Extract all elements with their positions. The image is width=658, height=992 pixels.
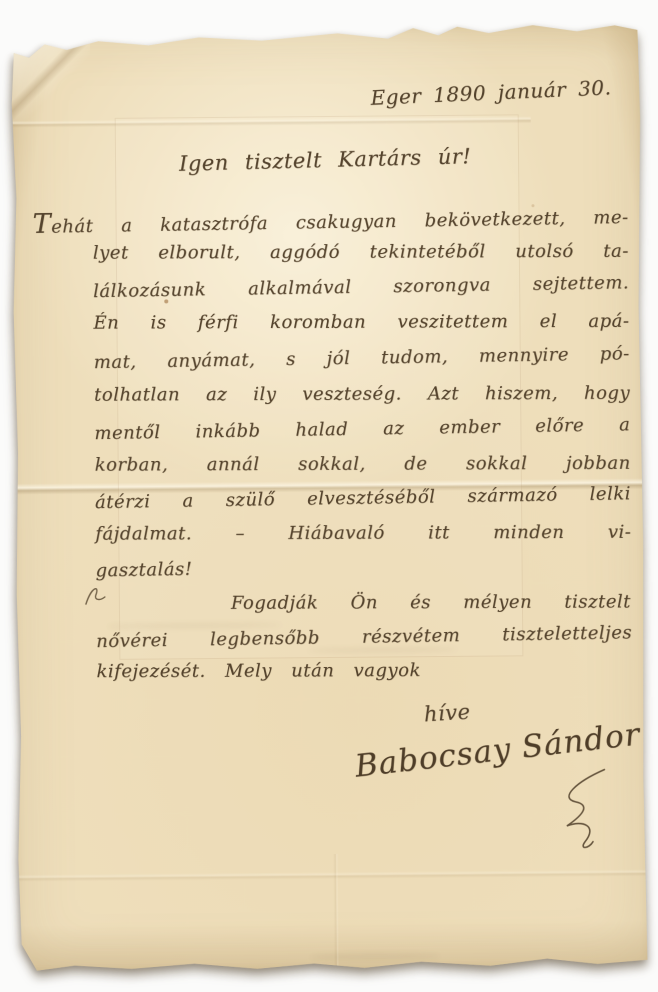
letter-line: korban, annál sokkal, de sokkal jobban — [95, 453, 631, 485]
letter-paper-shadow: Eger 1890 január 30. Igen tisztelt Kartá… — [10, 23, 648, 972]
letter-line: Fogadják Ön és mélyen tisztelt — [231, 591, 631, 622]
ink-blot-mark — [83, 582, 113, 608]
fold-crease-vertical — [333, 854, 339, 966]
letter-line: tolhatlan az ily veszteség. Azt hiszem, … — [94, 383, 630, 415]
ink-bleedthrough — [310, 953, 440, 960]
letter-line: Én is férfi koromban veszitettem el apá- — [93, 311, 629, 343]
closing-word: híve — [423, 700, 471, 727]
letter-paper: Eger 1890 január 30. Igen tisztelt Kartá… — [10, 23, 648, 972]
signature-flourish — [542, 766, 615, 857]
dateline: Eger 1890 január 30. — [370, 75, 612, 109]
bent-corner — [10, 28, 91, 124]
letter-line: lyet elborult, aggódó tekintetéből utols… — [93, 241, 629, 273]
letter-line: fájdalmat. – Hiábavaló itt minden vi- — [95, 522, 631, 554]
scan-background: Eger 1890 január 30. Igen tisztelt Kartá… — [0, 0, 658, 992]
letter-line: kifejezését. Mely után vagyok — [96, 660, 420, 691]
